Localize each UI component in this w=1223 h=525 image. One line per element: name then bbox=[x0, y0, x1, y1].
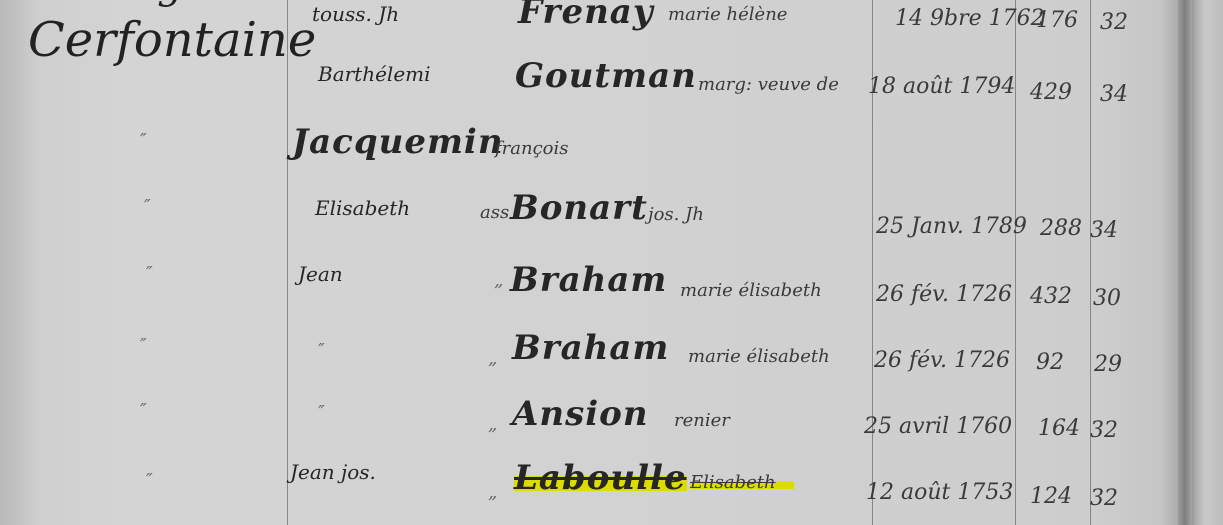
nom: Braham bbox=[512, 328, 669, 368]
nom-prefix: ass bbox=[480, 202, 509, 223]
folio: 124 bbox=[1030, 484, 1072, 509]
date: 26 fév. 1726 bbox=[874, 348, 1010, 373]
folio: 92 bbox=[1036, 350, 1064, 375]
number: 29 bbox=[1094, 352, 1122, 377]
nom: Bonart bbox=[510, 188, 648, 228]
ditto-comma: „ bbox=[494, 270, 503, 291]
date: 18 août 1794 bbox=[868, 74, 1015, 99]
folio: 288 bbox=[1040, 216, 1082, 241]
nom: Frenay bbox=[518, 0, 654, 32]
prenom-ditto: ″ bbox=[318, 340, 325, 361]
ditto-mark: ″ bbox=[140, 400, 147, 421]
prenom-ditto: ″ bbox=[318, 402, 325, 423]
nom: Ansion bbox=[512, 394, 649, 434]
prenom: Jean jos. bbox=[290, 460, 376, 484]
number: 30 bbox=[1093, 286, 1121, 311]
ditto-mark: ″ bbox=[144, 196, 151, 217]
column-rule-commune bbox=[287, 0, 288, 525]
folio: 432 bbox=[1030, 284, 1072, 309]
number: 32 bbox=[1100, 10, 1128, 35]
number: 32 bbox=[1090, 418, 1118, 443]
date: 26 fév. 1726 bbox=[876, 282, 1012, 307]
commune-name: Cerfontaine bbox=[28, 12, 316, 68]
prenom: Elisabeth bbox=[315, 196, 410, 220]
conjoint: marg: veuve de bbox=[698, 74, 839, 95]
folio: 429 bbox=[1030, 80, 1072, 105]
column-rule-number bbox=[1090, 0, 1091, 525]
number: 34 bbox=[1090, 218, 1118, 243]
ditto-comma: „ bbox=[488, 414, 497, 435]
date: 25 Janv. 1789 bbox=[876, 214, 1027, 239]
date: 12 août 1753 bbox=[866, 480, 1013, 505]
nom: Jacquemin bbox=[292, 122, 504, 162]
conjoint: marie hélène bbox=[668, 4, 787, 25]
conjoint: renier bbox=[674, 410, 730, 431]
nom-highlighted: Laboulle bbox=[514, 458, 687, 498]
conjoint: marie élisabeth bbox=[680, 280, 822, 301]
ditto-mark: ″ bbox=[146, 470, 153, 491]
prenom: touss. Jh bbox=[312, 2, 399, 26]
prenom: Barthélemi bbox=[318, 62, 431, 86]
folio: 164 bbox=[1038, 416, 1080, 441]
number: 34 bbox=[1100, 82, 1128, 107]
conjoint: jos. Jh bbox=[648, 204, 704, 225]
nom: Braham bbox=[510, 260, 667, 300]
ditto-comma: „ bbox=[488, 482, 497, 503]
commune-top-fragment: ...ogne bbox=[95, 0, 232, 8]
nom: Goutman bbox=[515, 56, 697, 96]
date: 14 9bre 1762 bbox=[895, 6, 1045, 31]
date: 25 avril 1760 bbox=[864, 414, 1012, 439]
ditto-mark: ″ bbox=[140, 130, 147, 151]
prenom: Jean bbox=[298, 262, 343, 286]
conjoint: françois bbox=[495, 138, 569, 159]
conjoint: marie élisabeth bbox=[688, 346, 830, 367]
folio: 176 bbox=[1036, 8, 1078, 33]
ditto-comma: „ bbox=[488, 348, 497, 369]
ditto-mark: ″ bbox=[140, 335, 147, 356]
number: 32 bbox=[1090, 486, 1118, 511]
page-binding-edge bbox=[1178, 0, 1192, 525]
ditto-mark: ″ bbox=[146, 263, 153, 284]
conjoint-highlighted: Elisabeth bbox=[690, 472, 794, 493]
